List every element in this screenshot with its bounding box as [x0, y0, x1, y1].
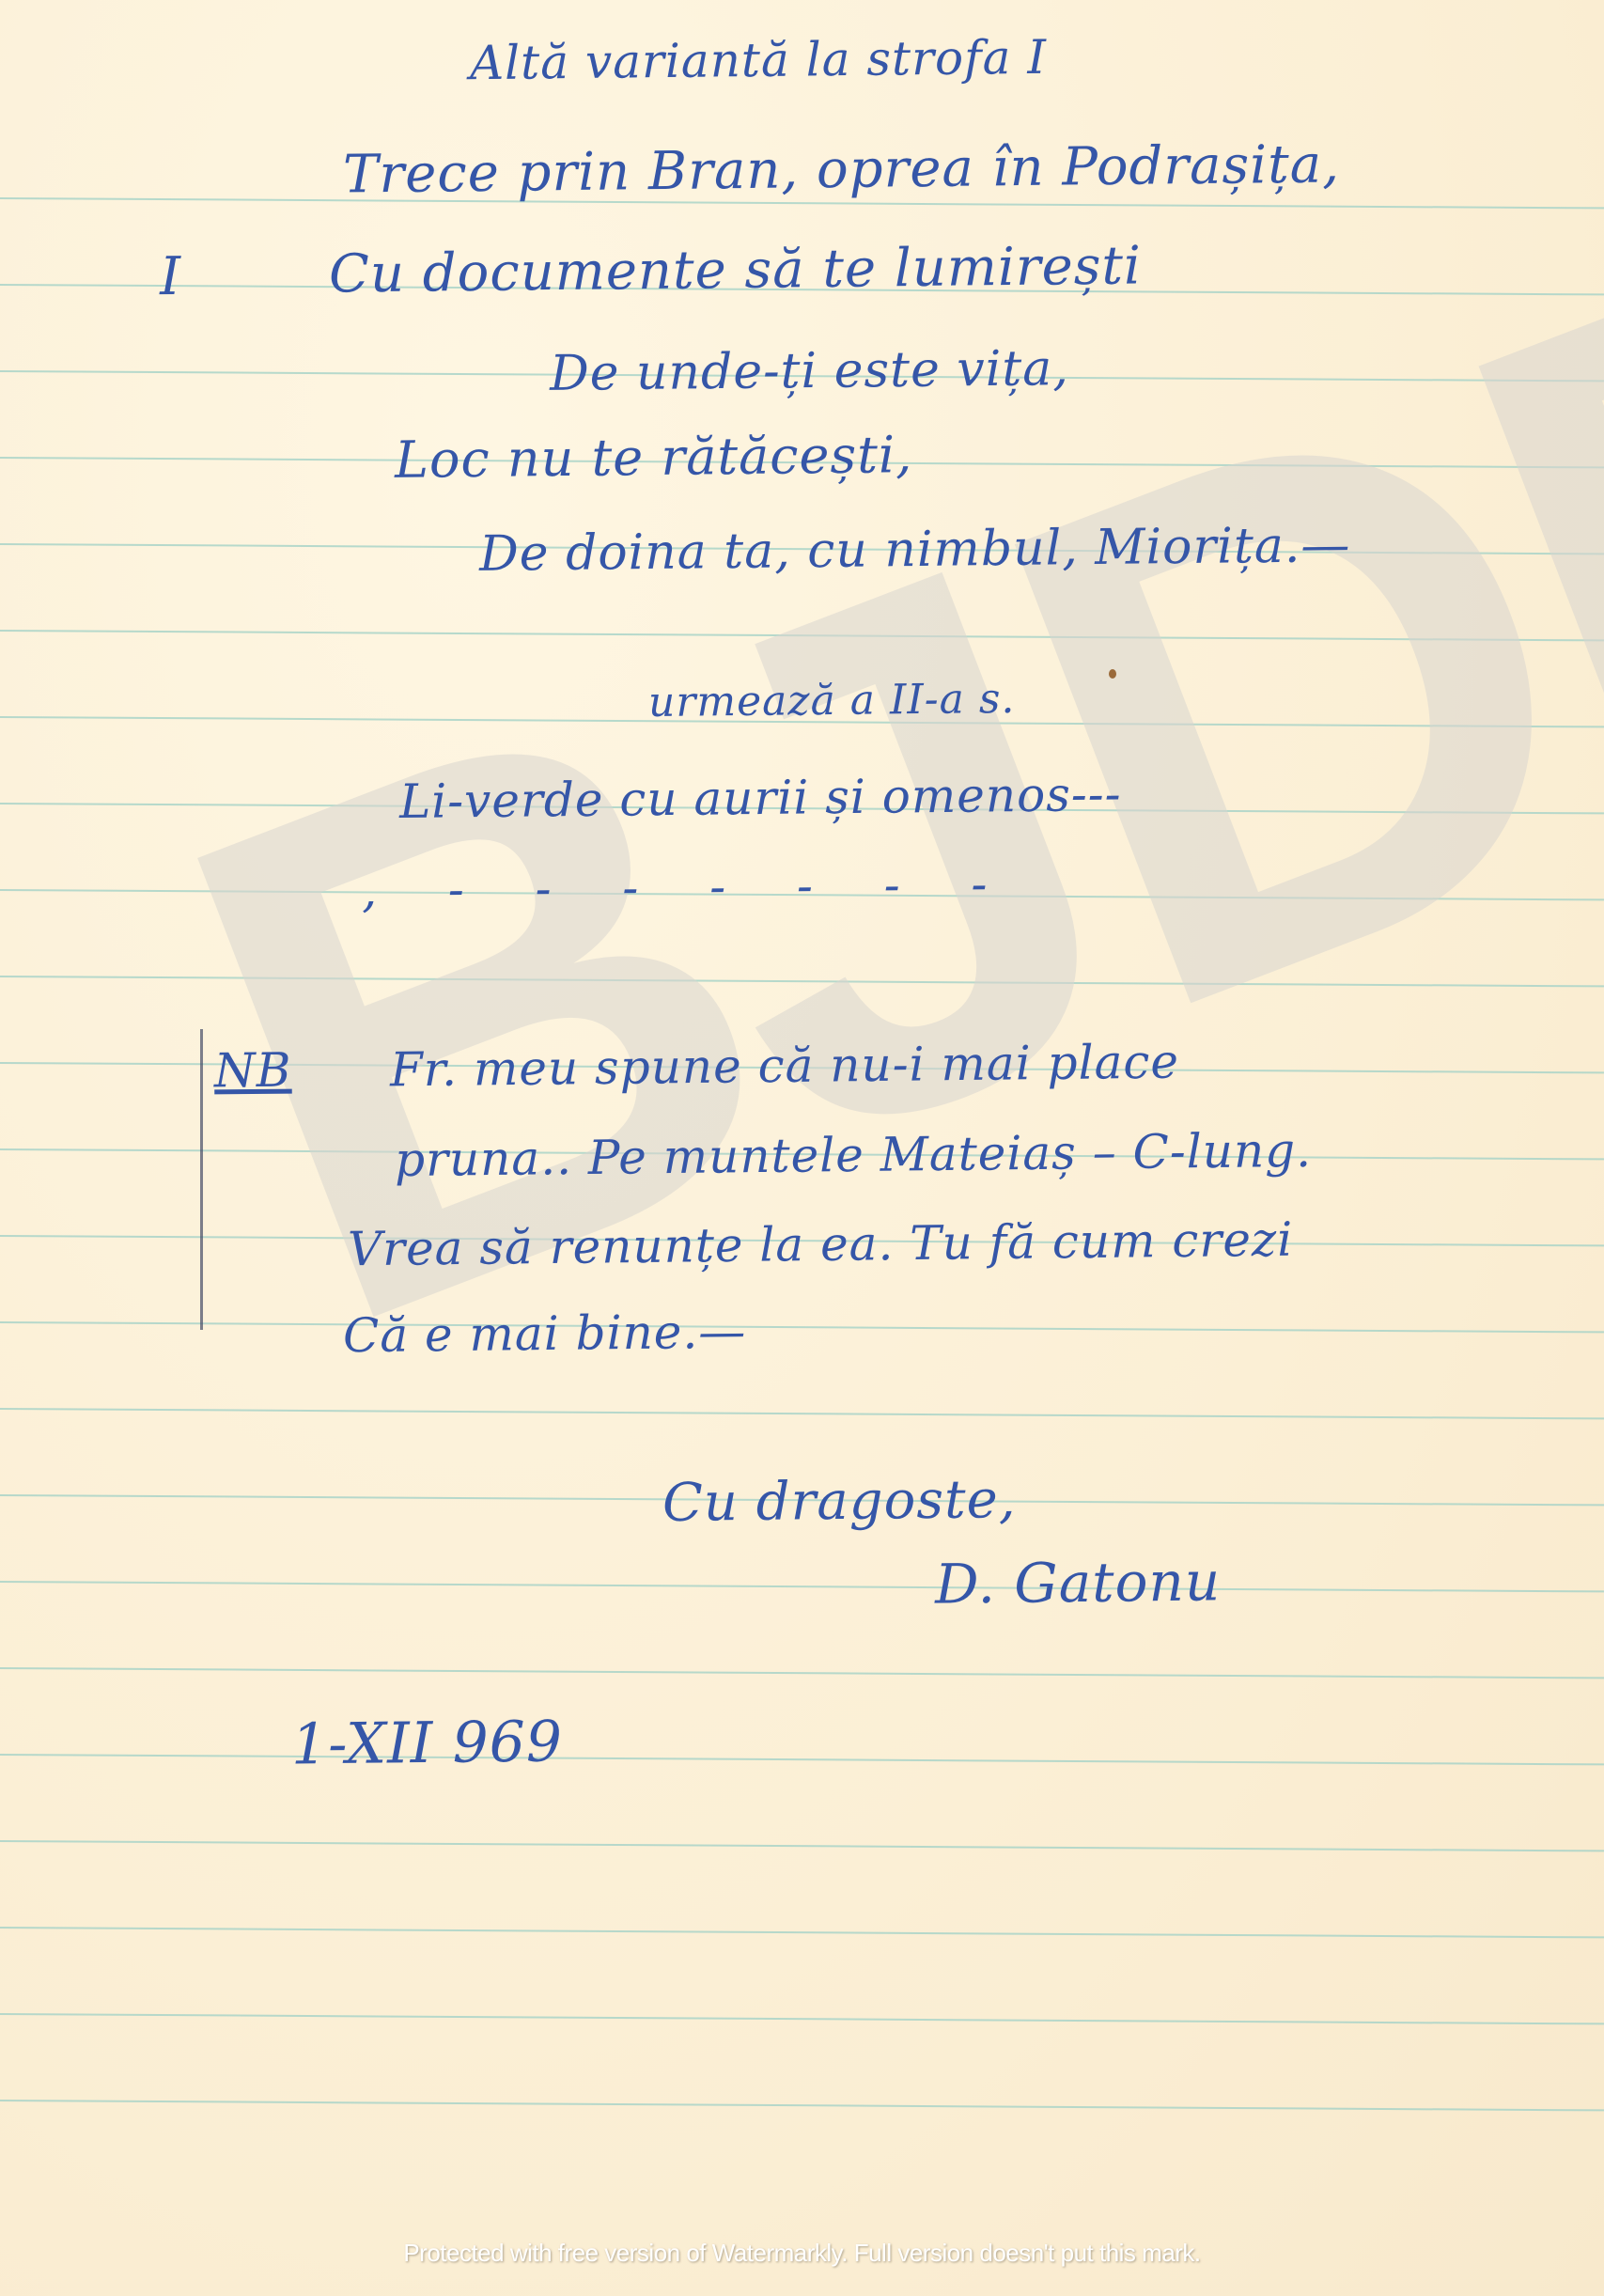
- closing: Cu dragoste,: [662, 1469, 1017, 1534]
- date: 1-XII 969: [291, 1709, 564, 1777]
- ink-spot: [1109, 669, 1116, 679]
- signature: D. Gatonu: [935, 1549, 1222, 1616]
- stanza-line-1: Trece prin Bran, oprea în Podrașița,: [343, 133, 1340, 205]
- nb-bracket: [200, 1029, 203, 1330]
- nb-line-3: Vrea să renunțe la ea. Tu fă cum crezi: [348, 1212, 1294, 1277]
- nb-marker: NB: [214, 1043, 292, 1099]
- continuation-note: urmează a II-a s.: [648, 675, 1016, 726]
- stanza-line-3: De unde-ți este vița,: [550, 340, 1069, 402]
- footer-watermark: Protected with free version of Watermark…: [0, 2239, 1604, 2268]
- nb-line-2: pruna.. Pe muntele Mateiaș – C-lung.: [395, 1123, 1313, 1187]
- heading: Altă variantă la strofa I: [470, 30, 1048, 90]
- stanza-line-2-a: Cu documente să te lumirești: [329, 235, 1143, 305]
- continuation-line: Li-verde cu aurii și omenos---: [399, 767, 1122, 829]
- nb-line-4: Că e mai bine.—: [343, 1304, 747, 1363]
- stanza-marker: I: [160, 246, 182, 307]
- stanza-line-5: De doina ta, cu nimbul, Miorița.—: [479, 517, 1351, 583]
- dashed-line: , - - - - - - -: [362, 856, 1016, 917]
- nb-line-1: Fr. meu spune că nu-i mai place: [390, 1035, 1179, 1098]
- stanza-line-2: Cu documente să te lumirești: [329, 235, 1143, 305]
- stanza-line-4: Loc nu te rătăcești,: [395, 425, 913, 490]
